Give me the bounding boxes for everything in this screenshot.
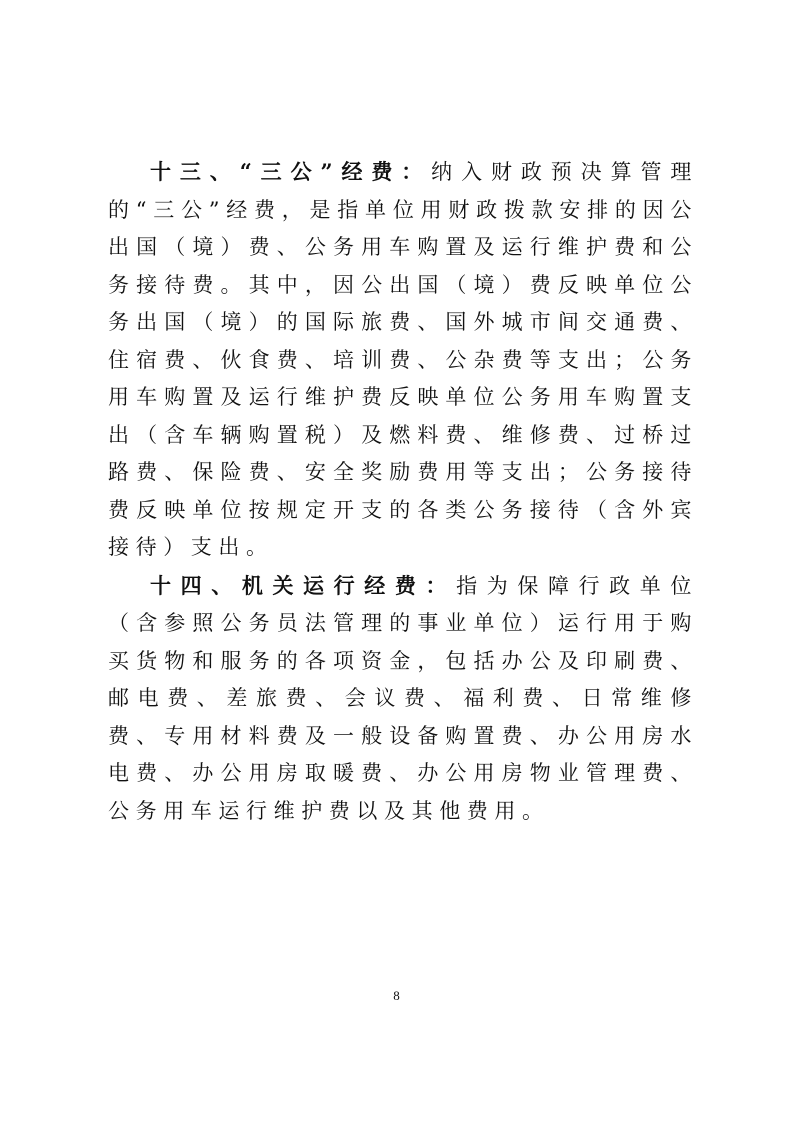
paragraph-three-public-expenses: 十三、“三公”经费：纳入财政预决算管理的“三公”经费，是指单位用财政拨款安排的因… bbox=[108, 153, 698, 567]
page-number: 8 bbox=[0, 988, 793, 1004]
term-three-public-expenses: 十三、“三公”经费： bbox=[150, 159, 431, 184]
paragraph-agency-operating-expenses: 十四、机关运行经费：指为保障行政单位（含参照公务员法管理的事业单位）运行用于购买… bbox=[108, 567, 698, 831]
document-body: 十三、“三公”经费：纳入财政预决算管理的“三公”经费，是指单位用财政拨款安排的因… bbox=[108, 153, 698, 830]
definition-three-public-expenses: 纳入财政预决算管理的“三公”经费，是指单位用财政拨款安排的因公出国（境）费、公务… bbox=[108, 160, 698, 559]
term-agency-operating-expenses: 十四、机关运行经费： bbox=[150, 573, 456, 598]
definition-agency-operating-expenses: 指为保障行政单位（含参照公务员法管理的事业单位）运行用于购买货物和服务的各项资金… bbox=[108, 574, 698, 823]
